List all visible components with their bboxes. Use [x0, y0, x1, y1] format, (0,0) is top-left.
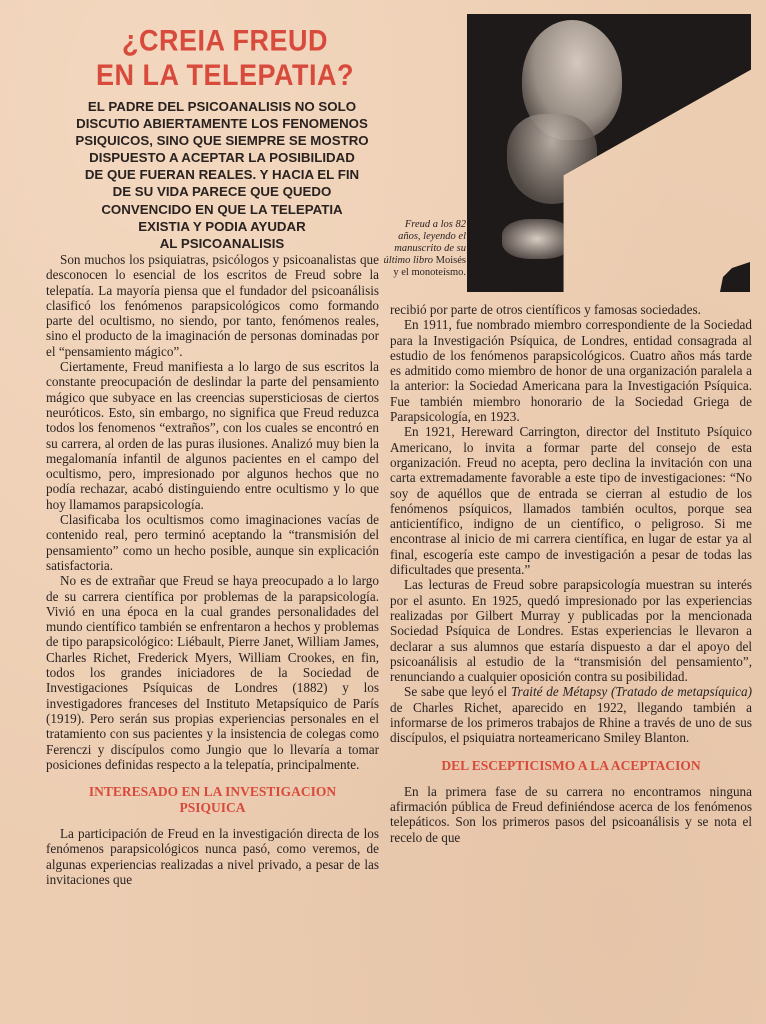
section-subhead: DEL ESCEPTICISMO A LA ACEPTACION — [390, 758, 752, 774]
freud-photo — [467, 14, 751, 292]
body-paragraph: Clasificaba los ocultismos como imaginac… — [46, 512, 379, 573]
body-paragraph: En la primera fase de su carrera no enco… — [390, 784, 752, 845]
body-paragraph: recibió por parte de otros científicos y… — [390, 302, 752, 317]
section-subhead: INTERESADO EN LA INVESTIGACION PSIQUICA — [46, 784, 379, 816]
lead-line: PSIQUICOS, SINO QUE SIEMPRE SE MOSTRO — [52, 132, 392, 149]
book-title-italic: Traité de Métapsy (Tratado de metapsíqui… — [511, 684, 752, 699]
photo-beard-shape — [507, 114, 597, 204]
column-1: Son muchos los psiquiatras, psicólogos y… — [46, 252, 379, 887]
column-2: recibió por parte de otros científicos y… — [390, 302, 752, 845]
photo-caption: Freud a los 82 años, leyendo el manuscri… — [380, 219, 466, 279]
lead-paragraph: EL PADRE DEL PSICOANALISIS NO SOLO DISCU… — [52, 98, 392, 252]
lead-line: EL PADRE DEL PSICOANALISIS NO SOLO — [52, 98, 392, 115]
body-paragraph: No es de extrañar que Freud se haya preo… — [46, 573, 379, 772]
lead-line: CONVENCIDO EN QUE LA TELEPATIA — [52, 201, 392, 218]
text-run: Se sabe que leyó el — [404, 684, 511, 699]
body-paragraph: Ciertamente, Freud manifiesta a lo largo… — [46, 359, 379, 512]
lead-line: DISPUESTO A ACEPTAR LA POSIBILIDAD — [52, 149, 392, 166]
lead-line: AL PSICOANALISIS — [52, 235, 392, 252]
body-paragraph: En 1921, Hereward Carrington, director d… — [390, 424, 752, 577]
body-paragraph: Se sabe que leyó el Traité de Métapsy (T… — [390, 684, 752, 745]
body-paragraph: La participación de Freud en la investig… — [46, 826, 379, 887]
article-title: ¿CREIA FREUD EN LA TELEPATIA? — [60, 23, 390, 92]
lead-line: DE SU VIDA PARECE QUE QUEDO — [52, 183, 392, 200]
lead-line: DISCUTIO ABIERTAMENTE LOS FENOMENOS — [52, 115, 392, 132]
lead-line: DE QUE FUERAN REALES. Y HACIA EL FIN — [52, 166, 392, 183]
title-line-1: ¿CREIA FREUD — [60, 23, 390, 58]
title-line-2: EN LA TELEPATIA? — [60, 58, 390, 93]
photo-corner-fragment — [720, 262, 750, 292]
lead-line: EXISTIA Y PODIA AYUDAR — [52, 218, 392, 235]
photo-hand-shape — [502, 219, 572, 259]
body-paragraph: Son muchos los psiquiatras, psicólogos y… — [46, 252, 379, 359]
body-paragraph: En 1911, fue nombrado miembro correspond… — [390, 317, 752, 424]
text-run: de Charles Richet, aparecido en 1922, ll… — [390, 700, 752, 746]
body-paragraph: Las lecturas de Freud sobre parapsicolog… — [390, 577, 752, 684]
